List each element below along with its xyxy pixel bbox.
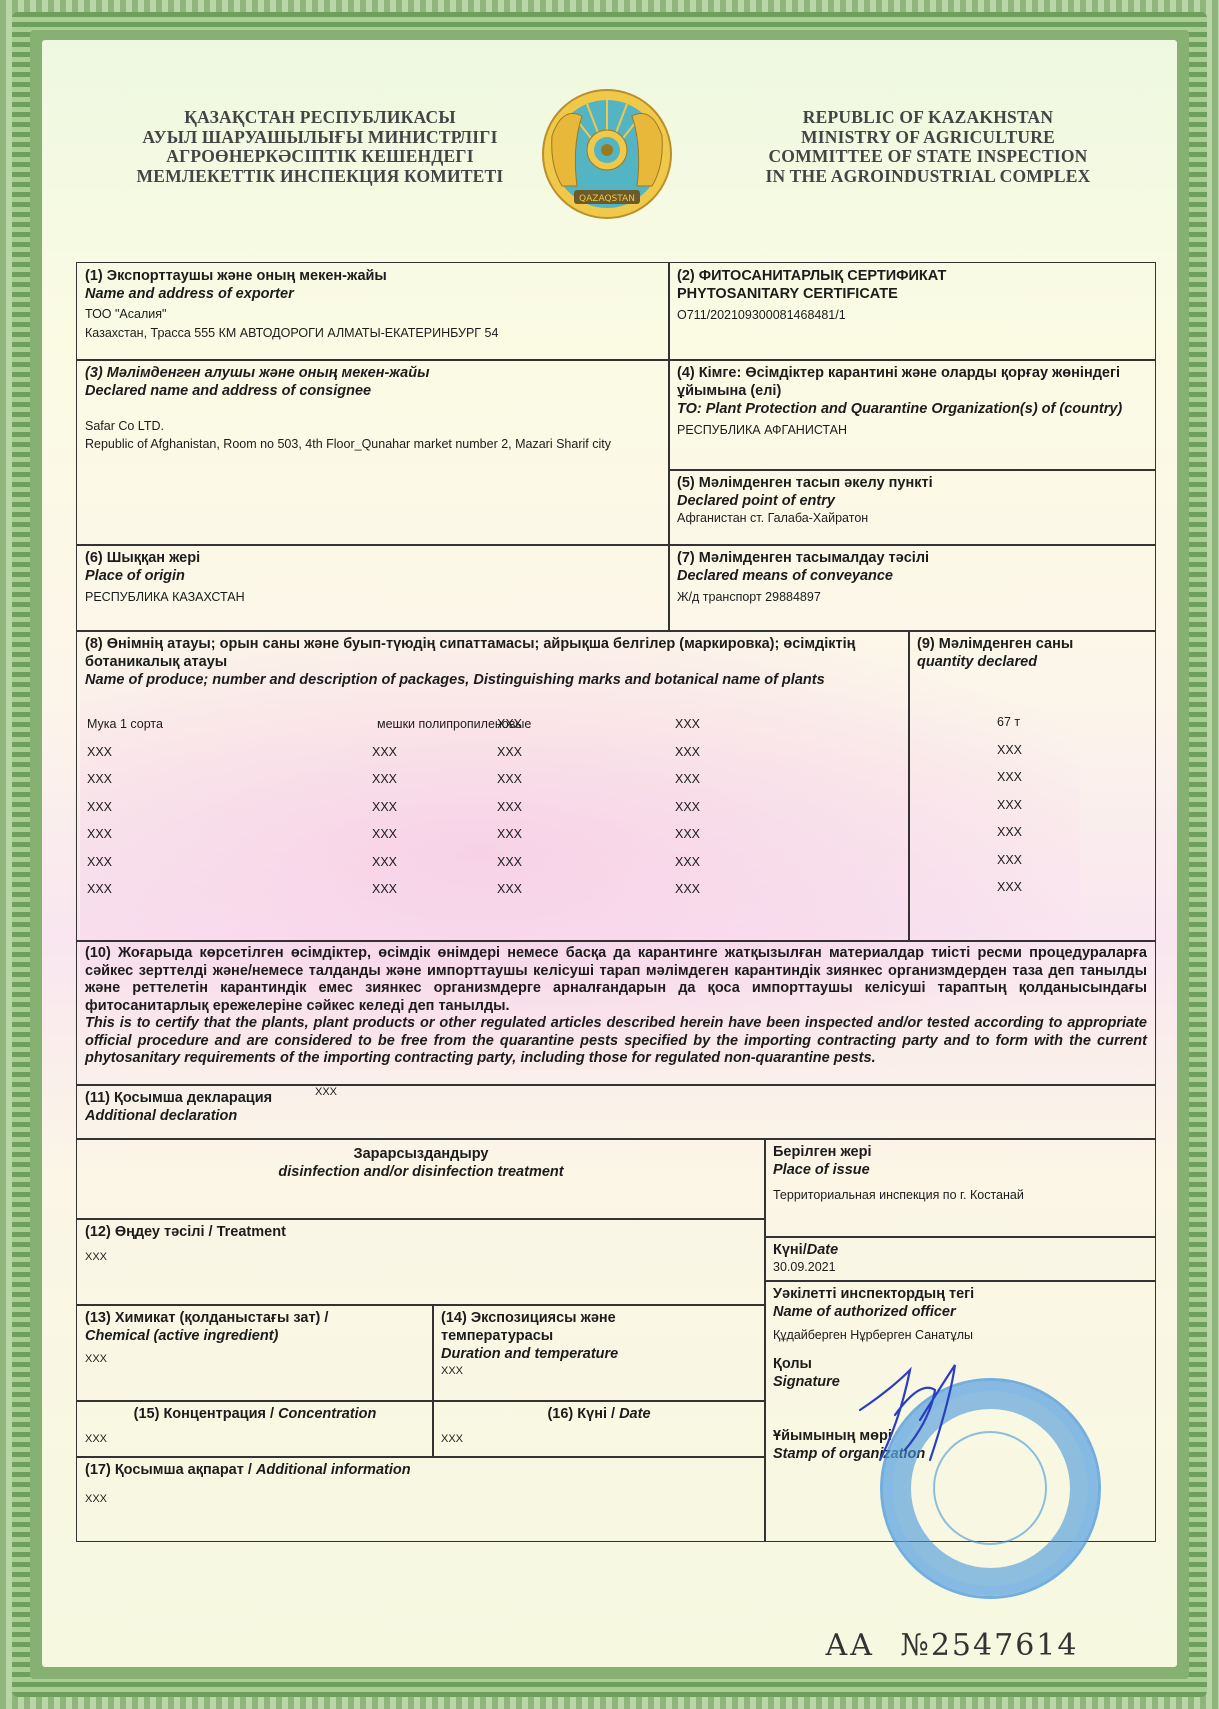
chemical-label-en: Chemical (active ingredient): [85, 1327, 425, 1345]
quantity-label-en: quantity declared: [917, 653, 1147, 671]
treatment-date-value: XXX: [441, 1431, 757, 1447]
treatment-date-label-kz: (16) Күні /: [547, 1406, 619, 1422]
produce-cell: XXX: [497, 745, 522, 759]
quantity-value: XXX: [997, 743, 1022, 757]
header-english: REPUBLIC OF KAZAKHSTAN MINISTRY OF AGRIC…: [728, 108, 1128, 186]
officer-name: Құдайберген Нұрберген Санатұлы: [773, 1327, 1147, 1343]
concentration-label-kz: (15) Концентрация /: [134, 1406, 278, 1422]
produce-cell: XXX: [675, 882, 700, 896]
produce-cell: XXX: [675, 772, 700, 786]
svg-text:QAZAQSTAN: QAZAQSTAN: [579, 194, 635, 204]
produce-cell: XXX: [372, 772, 397, 786]
chemical-label-kz: (13) Химикат (қолданыстағы зат) /: [85, 1309, 425, 1327]
produce-cell: XXX: [87, 855, 112, 869]
produce-cell: XXX: [497, 800, 522, 814]
consignee-label-en: Declared name and address of consignee: [85, 382, 661, 400]
officer-label-en: Name of authorized officer: [773, 1303, 1147, 1321]
quantity-value: XXX: [997, 853, 1022, 867]
box-additional-declaration: (11) Қосымша декларация Additional decla…: [76, 1084, 1156, 1140]
place-of-issue-label-kz: Берілген жері: [773, 1143, 1147, 1161]
box-place-of-origin: (6) Шыққан жері Place of origin РЕСПУБЛИ…: [76, 544, 670, 632]
exporter-address: Казахстан, Трасса 555 КМ АВТОДОРОГИ АЛМА…: [85, 325, 661, 341]
serial-number: АА№2547614: [825, 1628, 1078, 1663]
additional-declaration-label-en: Additional declaration: [85, 1107, 1147, 1125]
header-kz-line: ҚАЗАҚСТАН РЕСПУБЛИКАСЫ: [85, 108, 555, 128]
certificate-form: (1) Экспорттаушы және оның мекен-жайы Na…: [76, 262, 1156, 1522]
quantity-value: 67 т: [997, 715, 1020, 729]
exporter-name: ТОО "Асалия": [85, 306, 661, 322]
produce-label-kz: (8) Өнімнің атауы; орын саны және буып-т…: [85, 635, 865, 671]
certificate-number: O711/20210930008146848​1/1: [677, 307, 1147, 323]
certification-text-kz: (10) Жоғарыда көрсетілген өсімдіктер, өс…: [85, 945, 1147, 1015]
signature-icon: [850, 1360, 970, 1470]
additional-declaration-label-kz: (11) Қосымша декларация: [85, 1089, 1147, 1107]
serial-series: АА: [825, 1628, 874, 1663]
additional-info-label-en: Additional information: [256, 1462, 411, 1478]
box-point-of-entry: (5) Мәлімденген тасып әкелу пункті Decla…: [668, 469, 1156, 546]
produce-cell: XXX: [497, 772, 522, 786]
box-issue-date: Күні/Date 30.09.2021: [764, 1236, 1156, 1282]
consignee-address: Republic of Afghanistan, Room no 503, 4t…: [85, 436, 625, 452]
issue-date-value: 30.09.2021: [773, 1259, 1147, 1275]
serial-value: №2547614: [900, 1628, 1078, 1663]
state-emblem-icon: QAZAQSTAN: [532, 86, 682, 226]
duration-label-kz: (14) Экспозициясы және температурасы: [441, 1309, 641, 1345]
produce-cell: XXX: [87, 882, 112, 896]
box-destination: (4) Кімге: Өсімдіктер карантині және ола…: [668, 359, 1156, 471]
treatment-date-label-en: Date: [619, 1406, 650, 1422]
header-en-line: IN THE AGROINDUSTRIAL COMPLEX: [728, 167, 1128, 187]
box-conveyance: (7) Мәлімденген тасымалдау тәсілі Declar…: [668, 544, 1156, 632]
place-of-issue-value: Территориальная инспекция по г. Костанай: [773, 1187, 1147, 1203]
header-en-line: COMMITTEE OF STATE INSPECTION: [728, 147, 1128, 167]
destination-label-en: TO: Plant Protection and Quarantine Orga…: [677, 400, 1147, 418]
produce-cell: XXX: [675, 855, 700, 869]
produce-cell: XXX: [87, 772, 112, 786]
box-consignee: (3) Мәлімденген алушы және оның мекен-жа…: [76, 359, 670, 546]
produce-cell: XXX: [497, 855, 522, 869]
produce-cell: XXX: [87, 827, 112, 841]
box-certification-statement: (10) Жоғарыда көрсетілген өсімдіктер, өс…: [76, 940, 1156, 1086]
box-place-of-issue: Берілген жері Place of issue Территориал…: [764, 1138, 1156, 1238]
disinfection-title-en: disinfection and/or disinfection treatme…: [85, 1163, 757, 1181]
produce-cell: XXX: [372, 827, 397, 841]
box-additional-information: (17) Қосымша ақпарат / Additional inform…: [76, 1456, 766, 1542]
certificate-title-en: PHYTOSANITARY CERTIFICATE: [677, 285, 1147, 303]
chemical-value: XXX: [85, 1351, 425, 1367]
quantity-value: XXX: [997, 770, 1022, 784]
certification-text-en: This is to certify that the plants, plan…: [85, 1015, 1147, 1068]
concentration-value: XXX: [85, 1431, 425, 1447]
entry-label-en: Declared point of entry: [677, 492, 1147, 510]
box-concentration: (15) Концентрация / Concentration XXX: [76, 1400, 434, 1458]
produce-cell: XXX: [675, 745, 700, 759]
box-exporter: (1) Экспорттаушы және оның мекен-жайы Na…: [76, 262, 670, 361]
header-kz-line: МЕМЛЕКЕТТІК ИНСПЕКЦИЯ КОМИТЕТІ: [85, 167, 555, 187]
box-treatment: (12) Өңдеу тәсілі / Treatment XXX: [76, 1218, 766, 1306]
issue-date-label-en: Date: [807, 1242, 838, 1258]
box-chemical: (13) Химикат (қолданыстағы зат) / Chemic…: [76, 1304, 434, 1402]
duration-label-en: Duration and temperature: [441, 1345, 757, 1363]
additional-declaration-value: XXX: [315, 1086, 337, 1098]
box-treatment-date: (16) Күні / Date XXX: [432, 1400, 766, 1458]
box-duration-temperature: (14) Экспозициясы және температурасы Dur…: [432, 1304, 766, 1402]
quantity-value: XXX: [997, 880, 1022, 894]
produce-cell: XXX: [372, 855, 397, 869]
additional-info-value: XXX: [85, 1491, 757, 1507]
produce-cell: XXX: [87, 800, 112, 814]
quantity-value: XXX: [997, 798, 1022, 812]
produce-cell: Мука 1 сорта: [87, 717, 163, 731]
disinfection-title-kz: Зарарсыздандыру: [85, 1145, 757, 1163]
header-kz-line: АУЫЛ ШАРУАШЫЛЫҒЫ МИНИСТРЛІГІ: [85, 128, 555, 148]
entry-label-kz: (5) Мәлімденген тасып әкелу пункті: [677, 474, 1147, 492]
origin-label-en: Place of origin: [85, 567, 661, 585]
consignee-label-kz: (3) Мәлімденген алушы және оның мекен-жа…: [85, 364, 661, 382]
produce-cell: XXX: [372, 800, 397, 814]
produce-cell: XXX: [497, 882, 522, 896]
produce-cell: XXX: [497, 827, 522, 841]
duration-value: XXX: [441, 1363, 757, 1379]
produce-cell: XXX: [675, 717, 700, 731]
header-en-line: MINISTRY OF AGRICULTURE: [728, 128, 1128, 148]
box-certificate-title: (2) ФИТОСАНИТАРЛЫҚ СЕРТИФИКАТ PHYTOSANIT…: [668, 262, 1156, 361]
additional-info-label-kz: (17) Қосымша ақпарат /: [85, 1462, 256, 1478]
box-produce: (8) Өнімнің атауы; орын саны және буып-т…: [76, 630, 910, 942]
exporter-label-en: Name and address of exporter: [85, 285, 661, 303]
treatment-value: XXX: [85, 1249, 757, 1265]
destination-country: РЕСПУБЛИКА АФГАНИСТАН: [677, 422, 1147, 438]
produce-cell: XXX: [675, 827, 700, 841]
conveyance-label-kz: (7) Мәлімденген тасымалдау тәсілі: [677, 549, 1147, 567]
produce-cell: XXX: [87, 745, 112, 759]
produce-cell: XXX: [675, 800, 700, 814]
produce-cell: XXX: [372, 882, 397, 896]
entry-point-value: Афганистан ст. Галаба-Хайратон: [677, 510, 1147, 526]
conveyance-label-en: Declared means of conveyance: [677, 567, 1147, 585]
produce-cell: XXX: [372, 745, 397, 759]
header-en-line: REPUBLIC OF KAZAKHSTAN: [728, 108, 1128, 128]
certificate-title-kz: (2) ФИТОСАНИТАРЛЫҚ СЕРТИФИКАТ: [677, 267, 1147, 285]
exporter-label-kz: (1) Экспорттаушы және оның мекен-жайы: [85, 267, 661, 285]
header-kazakh: ҚАЗАҚСТАН РЕСПУБЛИКАСЫ АУЫЛ ШАРУАШЫЛЫҒЫ …: [85, 108, 555, 186]
origin-label-kz: (6) Шыққан жері: [85, 549, 661, 567]
issue-date-label-kz: Күні/: [773, 1242, 807, 1258]
place-of-issue-label-en: Place of issue: [773, 1161, 1147, 1179]
consignee-name: Safar Co LTD.: [85, 418, 661, 434]
box-disinfection-header: Зарарсыздандыру disinfection and/or disi…: [76, 1138, 766, 1220]
header-kz-line: АГРОӨНЕРКӘСІПТІК КЕШЕНДЕГІ: [85, 147, 555, 167]
origin-value: РЕСПУБЛИКА КАЗАХСТАН: [85, 589, 661, 605]
quantity-value: XXX: [997, 825, 1022, 839]
officer-label-kz: Уәкілетті инспектордың тегі: [773, 1285, 1147, 1303]
produce-label-en: Name of produce; number and description …: [85, 671, 885, 689]
box-quantity: (9) Мәлімденген саны quantity declared 6…: [908, 630, 1156, 942]
produce-cell: XXX: [497, 717, 522, 731]
destination-label-kz: (4) Кімге: Өсімдіктер карантині және ола…: [677, 364, 1147, 400]
treatment-label: (12) Өңдеу тәсілі / Treatment: [85, 1223, 757, 1241]
conveyance-value: Ж/д транспорт 29884897: [677, 589, 1147, 605]
quantity-label-kz: (9) Мәлімденген саны: [917, 635, 1147, 653]
concentration-label-en: Concentration: [278, 1406, 376, 1422]
